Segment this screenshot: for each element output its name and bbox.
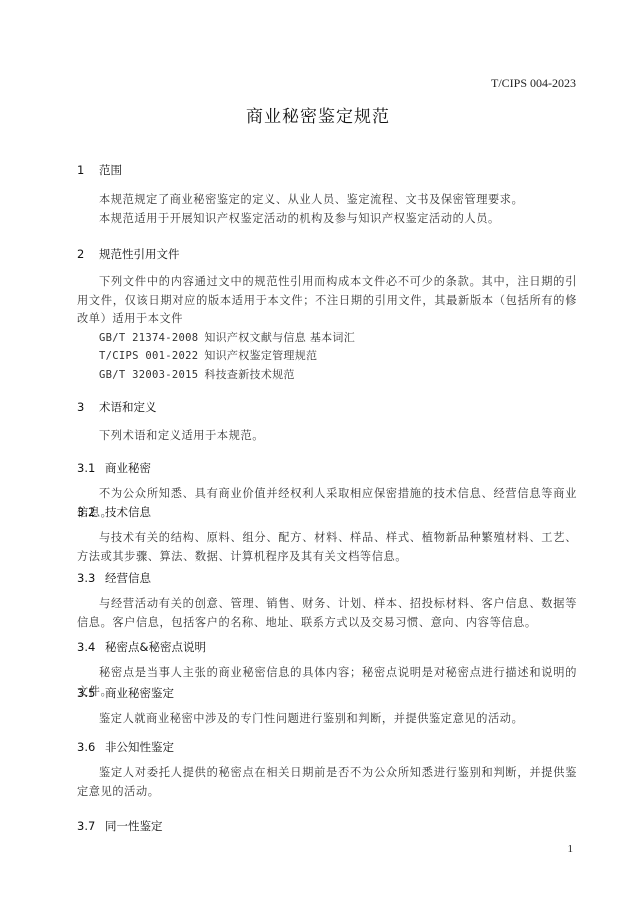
reference-code: T/CIPS 001-2022 <box>99 350 198 362</box>
paragraph: 本规范规定了商业秘密鉴定的定义、从业人员、鉴定流程、文书及保密管理要求。 <box>77 191 577 210</box>
paragraph: 本规范适用于开展知识产权鉴定活动的机构及参与知识产权鉴定活动的人员。 <box>77 210 577 229</box>
section-title: 规范性引用文件 <box>99 247 180 261</box>
section-terms-definitions: 3术语和定义 下列术语和定义适用于本规范。 <box>77 398 577 446</box>
term-title: 技术信息 <box>105 505 151 519</box>
section-title: 范围 <box>99 163 122 177</box>
section-number: 2 <box>77 245 99 263</box>
term-3-6: 3.6非公知性鉴定 鉴定人对委托人提供的秘密点在相关日期前是否不为公众所知悉进行… <box>77 738 577 801</box>
section-heading: 2规范性引用文件 <box>77 245 577 263</box>
paragraph: 下列文件中的内容通过文中的规范性引用而构成本文件必不可少的条款。其中，注日期的引… <box>77 273 577 329</box>
term-3-7: 3.7同一性鉴定 <box>77 817 577 835</box>
term-3-2: 3.2技术信息 与技术有关的结构、原料、组分、配方、材料、样品、样式、植物新品种… <box>77 503 577 566</box>
reference-code: GB/T 21374-2008 <box>99 332 198 344</box>
section-scope: 1范围 本规范规定了商业秘密鉴定的定义、从业人员、鉴定流程、文书及保密管理要求。… <box>77 161 577 228</box>
term-definition: 与技术有关的结构、原料、组分、配方、材料、样品、样式、植物新品种繁殖材料、工艺、… <box>77 529 577 566</box>
reference-title: 科技查新技术规范 <box>204 368 294 381</box>
term-title: 同一性鉴定 <box>105 819 163 833</box>
reference-item: GB/T 21374-2008知识产权文献与信息 基本词汇 <box>77 329 577 348</box>
term-number: 3.6 <box>77 738 105 756</box>
section-title: 术语和定义 <box>99 400 157 414</box>
document-code: T/CIPS 004-2023 <box>491 76 576 91</box>
reference-code: GB/T 32003-2015 <box>99 369 198 381</box>
term-number: 3.3 <box>77 569 105 587</box>
term-number: 3.1 <box>77 459 105 477</box>
section-normative-references: 2规范性引用文件 下列文件中的内容通过文中的规范性引用而构成本文件必不可少的条款… <box>77 245 577 384</box>
term-definition: 与经营活动有关的创意、管理、销售、财务、计划、样本、招投标材料、客户信息、数据等… <box>77 595 577 632</box>
paragraph: 下列术语和定义适用于本规范。 <box>77 427 577 446</box>
section-heading: 3术语和定义 <box>77 398 577 416</box>
term-3-3: 3.3经营信息 与经营活动有关的创意、管理、销售、财务、计划、样本、招投标材料、… <box>77 569 577 632</box>
term-definition: 鉴定人就商业秘密中涉及的专门性问题进行鉴别和判断，并提供鉴定意见的活动。 <box>77 710 577 729</box>
term-number: 3.4 <box>77 638 105 656</box>
term-number: 3.5 <box>77 684 105 702</box>
section-heading: 1范围 <box>77 161 577 179</box>
term-number: 3.2 <box>77 503 105 521</box>
page-number: 1 <box>568 843 574 855</box>
term-title: 商业秘密 <box>105 461 151 475</box>
term-3-5: 3.5商业秘密鉴定 鉴定人就商业秘密中涉及的专门性问题进行鉴别和判断，并提供鉴定… <box>77 684 577 729</box>
section-number: 3 <box>77 398 99 416</box>
section-number: 1 <box>77 161 99 179</box>
reference-item: GB/T 32003-2015科技查新技术规范 <box>77 366 577 385</box>
term-title: 秘密点&秘密点说明 <box>105 640 206 654</box>
document-title: 商业秘密鉴定规范 <box>0 102 636 127</box>
term-title: 经营信息 <box>105 571 151 585</box>
term-number: 3.7 <box>77 817 105 835</box>
term-title: 商业秘密鉴定 <box>105 686 174 700</box>
term-title: 非公知性鉴定 <box>105 740 174 754</box>
term-definition: 鉴定人对委托人提供的秘密点在相关日期前是否不为公众所知悉进行鉴别和判断，并提供鉴… <box>77 764 577 801</box>
reference-title: 知识产权文献与信息 基本词汇 <box>204 331 355 344</box>
reference-item: T/CIPS 001-2022知识产权鉴定管理规范 <box>77 347 577 366</box>
reference-title: 知识产权鉴定管理规范 <box>204 349 317 362</box>
